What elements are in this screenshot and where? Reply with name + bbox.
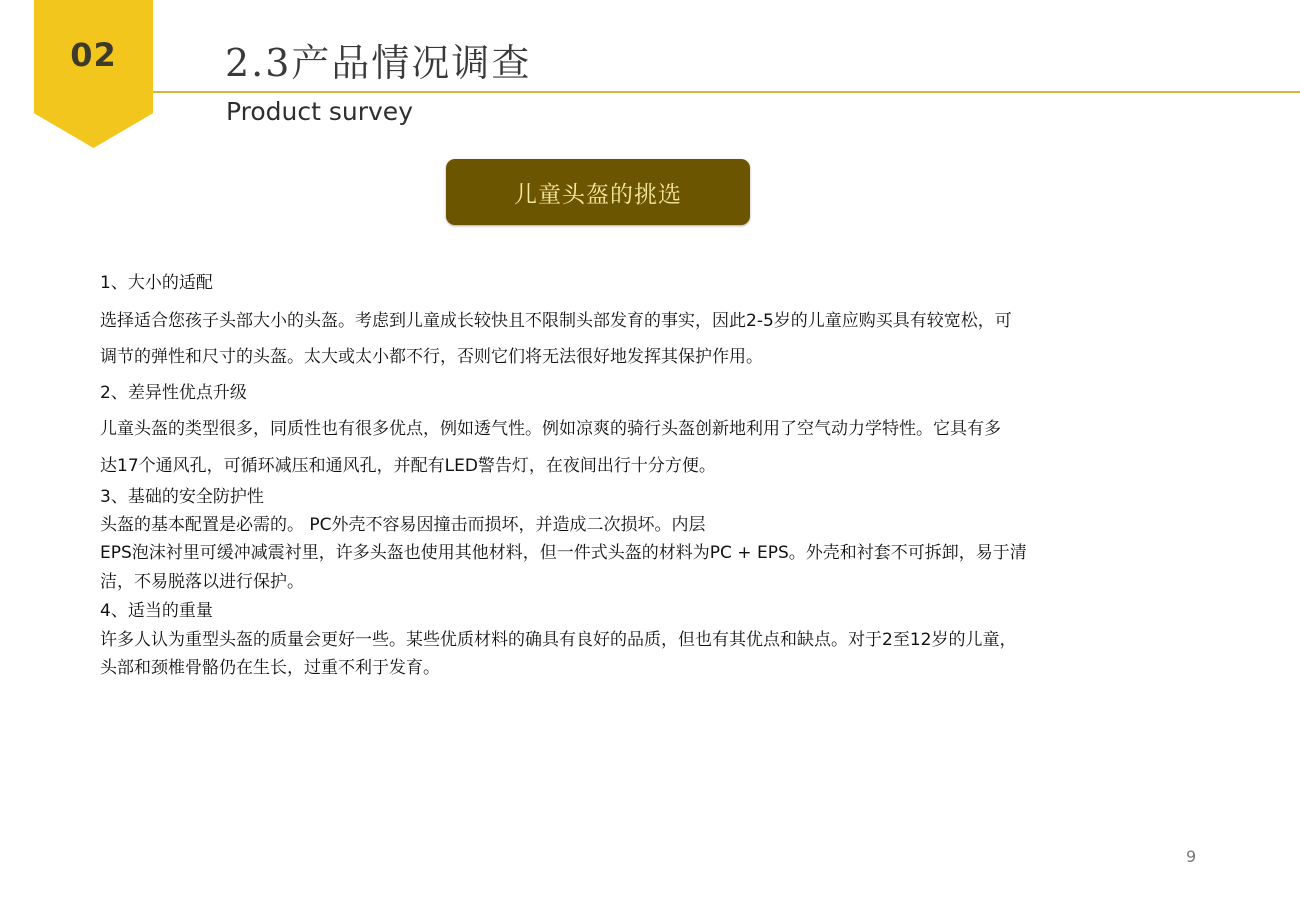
item-heading: 4、适当的重量: [100, 596, 213, 621]
item-heading: 2、差异性优点升级: [100, 378, 247, 403]
item-text-line: 儿童头盔的类型很多，同质性也有很多优点，例如透气性。例如凉爽的骑行头盔创新地利用…: [100, 414, 1001, 439]
item-text-line: 许多人认为重型头盔的质量会更好一些。某些优质材料的确具有良好的品质，但也有其优点…: [100, 625, 1016, 650]
item-text-line: 洁，不易脱落以进行保护。: [100, 567, 304, 592]
section-badge: [34, 0, 153, 148]
section-heading-box: 儿童头盔的挑选: [446, 159, 750, 225]
page-subtitle: Product survey: [226, 97, 413, 126]
section-heading: 儿童头盔的挑选: [514, 176, 682, 209]
item-text-line: 头部和颈椎骨骼仍在生长，过重不利于发育。: [100, 653, 440, 678]
page-number: 9: [1186, 847, 1196, 866]
item-text-line: EPS泡沫衬里可缓冲减震衬里，许多头盔也使用其他材料，但一件式头盔的材料为PC …: [100, 538, 1027, 563]
item-text-line: 头盔的基本配置是必需的。 PC外壳不容易因撞击而损坏，并造成二次损坏。内层: [100, 510, 706, 535]
item-text-line: 选择适合您孩子头部大小的头盔。考虑到儿童成长较快且不限制头部发育的事实，因此2-…: [100, 306, 1012, 331]
page-title: 2.3产品情况调查: [225, 32, 531, 87]
item-heading: 3、基础的安全防护性: [100, 482, 264, 507]
item-text-line: 达17个通风孔，可循环减压和通风孔，并配有LED警告灯，在夜间出行十分方便。: [100, 451, 716, 476]
item-heading: 1、大小的适配: [100, 268, 213, 293]
section-number: 02: [34, 36, 153, 74]
header-divider: [153, 91, 1300, 93]
item-text-line: 调节的弹性和尺寸的头盔。太大或太小都不行，否则它们将无法很好地发挥其保护作用。: [100, 342, 763, 367]
